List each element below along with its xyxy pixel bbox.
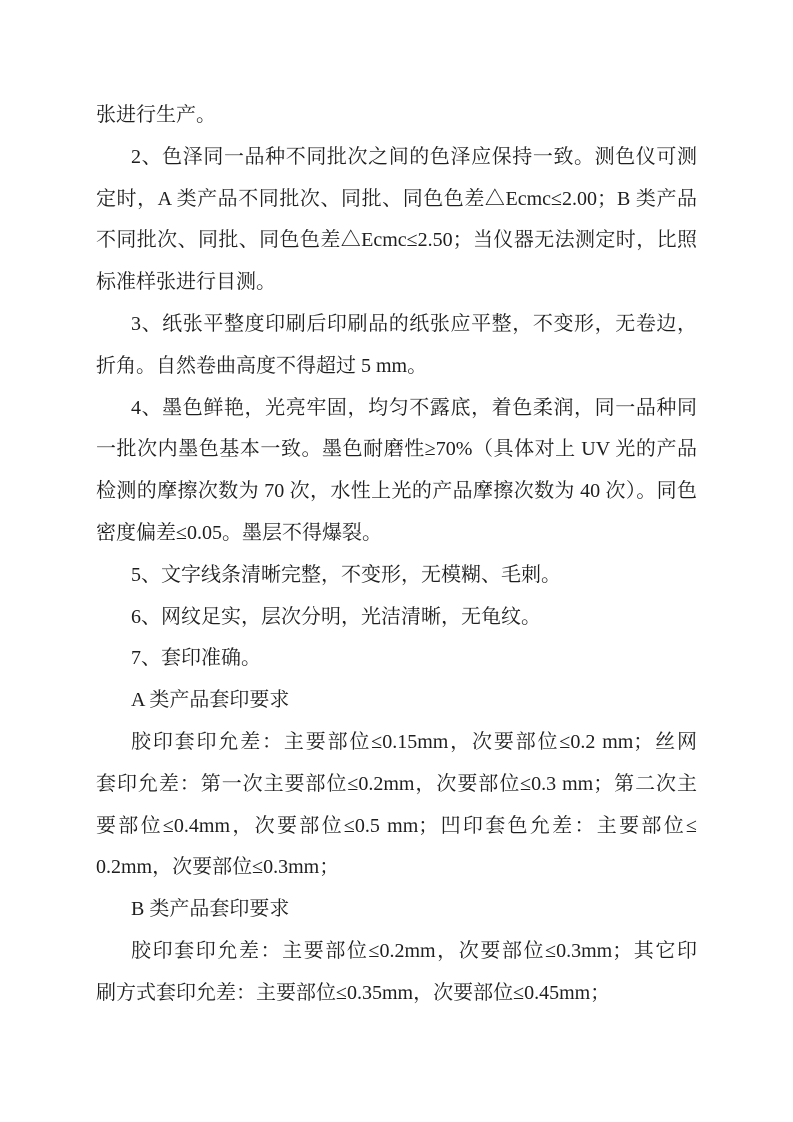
text-line: 刷方式套印允差：主要部位≤0.35mm，次要部位≤0.45mm； [96,973,697,1015]
text-line: B 类产品套印要求 [96,889,697,931]
text-line: 7、套印准确。 [96,638,697,680]
document-body: 张进行生产。 2、色泽同一品种不同批次之间的色泽应保持一致。测色仪可测 定时，A… [96,95,697,1015]
text-line: 密度偏差≤0.05。墨层不得爆裂。 [96,513,697,555]
text-line: 0.2mm，次要部位≤0.3mm； [96,847,697,889]
text-line: A 类产品套印要求 [96,680,697,722]
text-line: 一批次内墨色基本一致。墨色耐磨性≥70%（具体对上 UV 光的产品 [96,429,697,471]
text-line: 6、网纹足实，层次分明，光洁清晰，无龟纹。 [96,597,697,639]
text-line: 标准样张进行目测。 [96,262,697,304]
text-line: 套印允差：第一次主要部位≤0.2mm，次要部位≤0.3 mm；第二次主 [96,764,697,806]
text-line: 不同批次、同批、同色色差△Ecmc≤2.50；当仪器无法测定时，比照 [96,220,697,262]
text-line: 2、色泽同一品种不同批次之间的色泽应保持一致。测色仪可测 [96,137,697,179]
text-line: 胶印套印允差：主要部位≤0.15mm，次要部位≤0.2 mm；丝网 [96,722,697,764]
text-line: 3、纸张平整度印刷后印刷品的纸张应平整，不变形，无卷边， [96,304,697,346]
text-line: 张进行生产。 [96,95,697,137]
text-line: 胶印套印允差：主要部位≤0.2mm，次要部位≤0.3mm；其它印 [96,931,697,973]
text-line: 检测的摩擦次数为 70 次，水性上光的产品摩擦次数为 40 次）。同色 [96,471,697,513]
text-line: 定时，A 类产品不同批次、同批、同色色差△Ecmc≤2.00；B 类产品 [96,179,697,221]
text-line: 4、墨色鲜艳，光亮牢固，均匀不露底，着色柔润，同一品种同 [96,388,697,430]
document-page: 张进行生产。 2、色泽同一品种不同批次之间的色泽应保持一致。测色仪可测 定时，A… [0,0,793,1122]
text-line: 要部位≤0.4mm，次要部位≤0.5 mm；凹印套色允差：主要部位≤ [96,806,697,848]
text-line: 折角。自然卷曲高度不得超过 5 mm。 [96,346,697,388]
text-line: 5、文字线条清晰完整，不变形，无模糊、毛刺。 [96,555,697,597]
